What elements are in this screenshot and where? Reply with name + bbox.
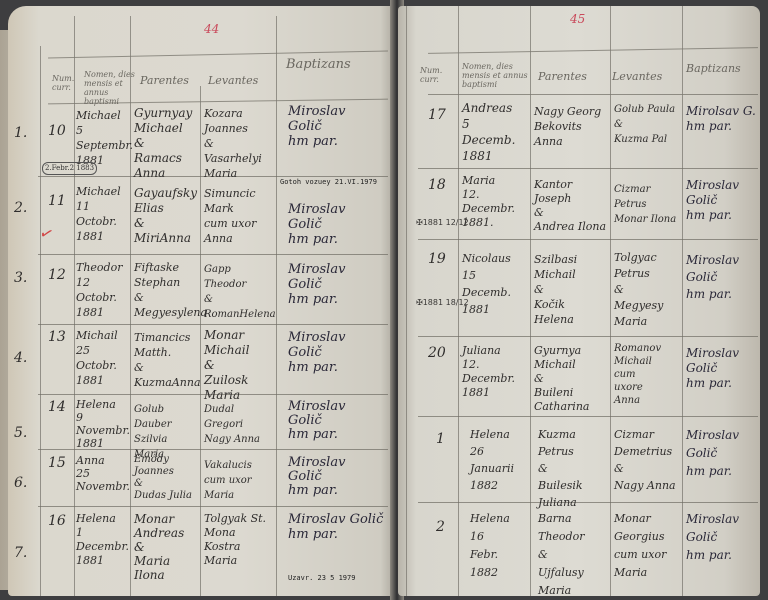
entry-godparents: Dudal Gregori Nagy Anna (204, 402, 276, 447)
margin-number: 7. (14, 546, 27, 561)
entry-baptizer-signature: Miroslav Golič hm par. (288, 330, 384, 375)
entry-parents: Monar Andreas & Maria Ilona (134, 512, 200, 582)
entry-godparents: Monar Michail & Zuilosk Maria (204, 328, 276, 403)
entry-baptizer-signature: Miroslav Golič hm par. (686, 510, 758, 564)
header-bottom-rule (428, 94, 758, 95)
entry-number: 10 (48, 124, 66, 139)
entry-godparents: Kozara Joannes & Vasarhelyi Maria (204, 106, 276, 181)
entry-baptizer-signature: Miroslav Golič hm par. (288, 202, 384, 247)
later-annotation: Gotoh vozuey 21.VI.1979 (280, 178, 390, 186)
margin-number: 2. (14, 201, 27, 216)
entry-number: 18 (428, 178, 446, 193)
entry-parents: Kuzma Petrus & Builesik Juliana (538, 426, 610, 511)
entry-parents: Barna Theodor & Ujfalusy Maria (538, 510, 610, 596)
left-page: 44 Num. curr. Nomen, dies mensis et annu… (8, 6, 396, 596)
entry-number: 11 (48, 194, 66, 209)
right-page: 45 Num. curr. Nomen, dies mensis et annu… (398, 6, 760, 596)
margin-number: 6. (14, 476, 27, 491)
entry-number: 12 (48, 268, 66, 283)
entry-name-date: Michail 25 Octobr. 1881 (76, 328, 130, 388)
header-top-rule (428, 47, 758, 54)
entry-baptizer-signature: Mirolsav G. hm par. (686, 104, 758, 134)
entry-baptizer-signature: Miroslav Golič hm par. (288, 512, 388, 542)
header-number: Num. curr. (52, 74, 82, 92)
row-rule (38, 506, 388, 507)
death-mark-note: ✠1881 18/12 (416, 298, 469, 307)
col-rule (130, 16, 131, 596)
col-rule (610, 6, 611, 596)
entry-baptizer-signature: Miroslav Golič hm par. (686, 426, 758, 480)
entry-number: 1 (436, 432, 445, 447)
entry-godparents: Cizmar Petrus Monar Ilona (614, 182, 684, 227)
entry-godparents: Gapp Theodor & RomanHelena (204, 262, 276, 322)
entry-name-date: Maria 12. Decembr. 1881. (462, 174, 528, 230)
entry-number: 14 (48, 400, 66, 415)
entry-parents: Golub Dauber Szilvia Maria (134, 402, 200, 462)
entry-name-date: Helena 1 Decembr. 1881 (76, 512, 130, 568)
register-book-spread: 44 Num. curr. Nomen, dies mensis et annu… (0, 0, 768, 600)
right-page-number: 45 (570, 12, 585, 26)
margin-number: 4. (14, 351, 27, 366)
entry-parents: Timancics Matth. & KuzmaAnna (134, 330, 200, 390)
col-rule (276, 16, 277, 596)
entry-baptizer-signature: Miroslav Golič hm par. (288, 104, 384, 149)
col-rule (74, 16, 75, 596)
entry-number: 17 (428, 108, 446, 123)
header-parents: Parentes (140, 76, 189, 85)
entry-parents: Kantor Joseph & Andrea Ilona (534, 178, 610, 234)
death-mark-note: ✠1881 12/12 (416, 218, 469, 227)
row-rule (418, 416, 758, 417)
row-rule (418, 168, 758, 169)
header-godparents: Levantes (208, 76, 258, 85)
entry-number: 2 (436, 520, 445, 535)
header-godparents: Levantes (612, 72, 662, 81)
entry-parents: Gayaufsky Elias & MiriAnna (134, 186, 200, 246)
entry-baptizer-signature: Miroslav Golič hm par. (686, 252, 758, 303)
entry-parents: Fiftaske Stephan & Megyesylena (134, 260, 200, 320)
margin-number: 3. (14, 271, 27, 286)
entry-name-date: Michael 11 Octobr. 1881 (76, 184, 130, 244)
row-rule (418, 239, 758, 240)
col-rule (530, 6, 531, 596)
entry-godparents: Romanov Michail cum uxore Anna (614, 342, 684, 407)
header-parents: Parentes (538, 72, 587, 81)
entry-parents: Szilbasi Michail & Kočik Helena (534, 252, 610, 327)
entry-name-date: Helena 26 Januarii 1882 (470, 426, 530, 494)
entry-baptizer-signature: Miroslav Golič hm par. (288, 456, 384, 498)
entry-godparents: Tolgyak St. Mona Kostra Maria (204, 512, 276, 568)
entry-godparents: Vakalucis cum uxor Maria (204, 458, 276, 503)
entry-parents: Nagy Georg Bekovits Anna (534, 104, 610, 149)
date-stamp: 2.Febr.2 1883 (42, 162, 97, 175)
entry-name-date: Juliana 12. Decembr. 1881 (462, 344, 528, 400)
entry-name-date: Anna 25 Novembr. (76, 454, 130, 493)
entry-parents: Gyurnyay Michael & Ramacs Anna (134, 106, 200, 181)
col-rule (40, 46, 41, 596)
entry-number: 20 (428, 346, 446, 361)
entry-name-date: Theodor 12 Octobr. 1881 (76, 260, 130, 320)
entry-baptizer-signature: Miroslav Golič hm par. (288, 262, 384, 307)
entry-baptizer-signature: Miroslav Golič hm par. (686, 346, 758, 391)
header-name: Nomen, dies mensis et annus baptismi (462, 62, 532, 89)
entry-baptizer-signature: Miroslav Golič hm par. (686, 178, 758, 223)
row-rule (38, 324, 388, 325)
left-page-number: 44 (204, 22, 219, 36)
entry-number: 15 (48, 456, 66, 471)
header-baptizer: Baptizans (686, 64, 741, 73)
entry-godparents: Cizmar Demetrius & Nagy Anna (614, 426, 684, 494)
entry-name-date: Helena 9 Novembr. 1881 (76, 398, 130, 450)
entry-godparents: Simuncic Mark cum uxor Anna (204, 186, 276, 246)
row-rule (418, 336, 758, 337)
entry-name-date: Nicolaus 15 Decemb. 1881 (462, 250, 528, 318)
entry-number: 19 (428, 252, 446, 267)
margin-number: 5. (14, 426, 27, 441)
row-rule (38, 254, 388, 255)
col-rule (200, 86, 201, 596)
col-rule (406, 6, 407, 596)
margin-number: 1. (14, 126, 27, 141)
entry-parents: Gyurnya Michail & Buileni Catharina (534, 344, 610, 414)
header-baptizer: Baptizans (286, 60, 351, 69)
entry-name-date: Andreas 5 Decemb. 1881 (462, 100, 528, 164)
entry-parents: Emődy Joannes & Dudas Julia (134, 454, 200, 502)
later-annotation: Uzavr. 23 5 1979 (288, 574, 388, 582)
entry-godparents: Golub Paula & Kuzma Pal (614, 102, 684, 147)
entry-godparents: Monar Georgius cum uxor Maria (614, 510, 684, 582)
entry-name-date: Helena 16 Febr. 1882 (470, 510, 530, 582)
entry-number: 13 (48, 330, 66, 345)
entry-baptizer-signature: Miroslav Golič hm par. (288, 400, 384, 442)
entry-godparents: Tolgyac Petrus & Megyesy Maria (614, 250, 684, 330)
header-number: Num. curr. (420, 66, 456, 84)
entry-number: 16 (48, 514, 66, 529)
header-name: Nomen, dies mensis et annus baptismi (84, 70, 140, 106)
entry-name-date: Michael 5 Septembr. 1881 (76, 108, 130, 168)
